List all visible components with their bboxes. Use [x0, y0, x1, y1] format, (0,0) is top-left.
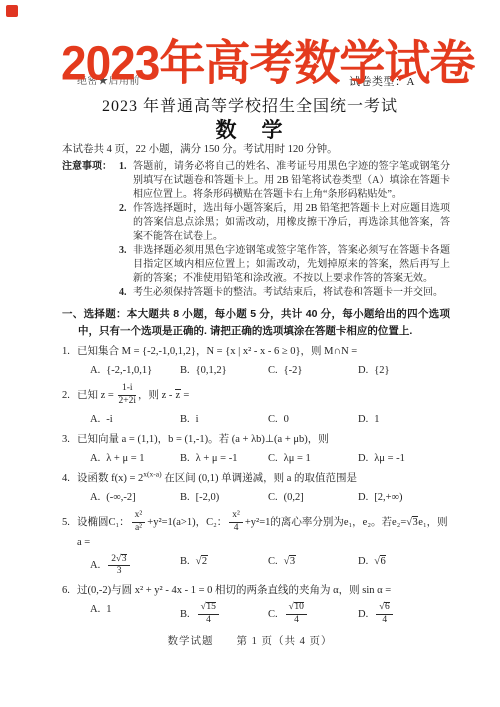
option-content: λ + μ = -1 — [196, 453, 238, 464]
page-footer: 数学试题 第 1 页（共 4 页） — [0, 633, 500, 648]
math-text: 4 — [234, 523, 239, 533]
math-fraction: x²a² — [132, 510, 146, 535]
option: D.√64 — [358, 602, 450, 627]
option-label: D. — [358, 365, 368, 376]
math-text: λμ = 1 — [284, 453, 311, 464]
option-row: A.2√33B.√2C.√3D.√6 — [90, 554, 450, 579]
math-text: 已知 z = — [77, 390, 116, 401]
math-text: {-2} — [284, 365, 303, 376]
paper-body: 本试卷共 4 页，22 小题，满分 150 分。考试用时 120 分钟。 注意事… — [62, 143, 450, 627]
option-label: B. — [180, 492, 190, 503]
fraction-numerator: x² — [229, 510, 243, 523]
math-overline: 6 — [380, 555, 386, 567]
math-text: (0,2] — [284, 492, 304, 503]
fraction-numerator: √6 — [376, 602, 393, 615]
notice-item: 2.作答选择题时，选出每小题答案后，用 2B 铅笔把答题卡上对应题目选项的答案信… — [119, 202, 450, 244]
fraction-denominator: 4 — [198, 615, 220, 627]
math-fraction: x²4 — [229, 510, 243, 535]
paper-meta-line: 本试卷共 4 页，22 小题，满分 150 分。考试用时 120 分钟。 — [62, 143, 450, 157]
option-label: A. — [90, 414, 100, 425]
notice-list: 1.答题前，请务必将自己的姓名、准考证号用黑色字迹的签字笔或钢笔分别填写在试题卷… — [119, 160, 450, 300]
option-content: √104 — [284, 609, 310, 620]
option: D.{2} — [358, 363, 450, 378]
option: B.λ + μ = -1 — [180, 451, 268, 466]
math-overline: 15 — [206, 602, 217, 613]
option-content: (-∞,-2] — [106, 492, 135, 503]
math-text: {-2,-1,0,1} — [106, 365, 152, 376]
option-content: 1 — [374, 414, 379, 425]
option-content: 0 — [284, 414, 289, 425]
math-overline: 6 — [384, 602, 390, 613]
option: A.1 — [90, 602, 180, 627]
option: A.{-2,-1,0,1} — [90, 363, 180, 378]
fraction-denominator: 2+2i — [118, 396, 136, 408]
notice-text: 作答选择题时，选出每小题答案后，用 2B 铅笔把答题卡上对应题目选项的答案信息点… — [133, 202, 450, 244]
question-stem: 设椭圆C₁：x²a²+y²=1(a>1)，C₂：x²4+y²=1的离心率分别为e… — [77, 510, 450, 550]
option-content: √2 — [196, 556, 208, 567]
option-label: C. — [268, 453, 278, 464]
fraction-numerator: √10 — [286, 602, 308, 615]
math-text: +y²=1的离心率分别为e₁，e₂。若e₂= — [245, 517, 406, 528]
corner-badge-icon — [6, 5, 18, 17]
option: A.λ + μ = 1 — [90, 451, 180, 466]
option-label: A. — [90, 560, 100, 571]
option-label: B. — [180, 556, 190, 567]
option-content: λμ = 1 — [284, 453, 311, 464]
math-text: a² — [135, 523, 142, 533]
option-content: √64 — [374, 609, 395, 620]
question-number: 6. — [62, 583, 77, 598]
math-text: +y²=1(a>1)，C₂： — [147, 517, 227, 528]
notice-label: 注意事项： — [62, 160, 112, 174]
exam-page: 绝密★启用前 试卷类型：A 2023年高考数学试卷 2023 年普通高等学校招生… — [0, 0, 500, 707]
option-row: A.-iB.iC.0D.1 — [90, 412, 450, 427]
subject-title: 数 学 — [0, 114, 500, 144]
option-label: D. — [358, 414, 368, 425]
question-stem-row: 6.过(0,-2)与圆 x² + y² - 4x - 1 = 0 相切的两条直线… — [62, 583, 450, 598]
math-overline: 2 — [201, 555, 207, 567]
math-text: 4 — [294, 615, 299, 625]
fraction-numerator: 1-i — [118, 383, 136, 396]
fraction-denominator: a² — [132, 523, 146, 535]
question-stem: 已知集合 M = {-2,-1,0,1,2}，N = {x | x² - x -… — [77, 344, 450, 359]
option-content: 2√33 — [106, 560, 132, 571]
math-text: λμ = -1 — [374, 453, 405, 464]
question-stem: 设函数 f(x) = 2x(x-a) 在区间 (0,1) 单调递减，则 a 的取… — [77, 471, 450, 486]
question-number: 3. — [62, 432, 77, 447]
option-content: {0,1,2} — [196, 365, 227, 376]
option: A.2√33 — [90, 554, 180, 579]
option: C.{-2} — [268, 363, 358, 378]
notice-text: 答题前，请务必将自己的姓名、准考证号用黑色字迹的签字笔或钢笔分别填写在试题卷和答… — [133, 160, 450, 202]
math-text: {0,1,2} — [196, 365, 227, 376]
option-label: C. — [268, 492, 278, 503]
math-text: ，则 z - — [138, 390, 175, 401]
math-text: 2+2i — [118, 396, 136, 406]
option-label: B. — [180, 609, 190, 620]
math-text: {2} — [374, 365, 389, 376]
question-number: 4. — [62, 471, 77, 486]
option-label: C. — [268, 414, 278, 425]
option: D.λμ = -1 — [358, 451, 450, 466]
fraction-denominator: 4 — [229, 523, 243, 535]
math-text: 过(0,-2)与圆 x² + y² - 4x - 1 = 0 相切的两条直线的夹… — [77, 585, 391, 596]
option-label: B. — [180, 365, 190, 376]
question-number: 2. — [62, 388, 77, 403]
option: C.√3 — [268, 554, 358, 579]
math-superscript: x(x-a) — [143, 469, 161, 478]
option-row: A.λ + μ = 1B.λ + μ = -1C.λμ = 1D.λμ = -1 — [90, 451, 450, 466]
math-fraction: 2√33 — [108, 554, 130, 579]
fraction-numerator: √15 — [198, 602, 220, 615]
option-label: A. — [90, 604, 100, 615]
math-text: 4 — [206, 615, 211, 625]
question-item: 6.过(0,-2)与圆 x² + y² - 4x - 1 = 0 相切的两条直线… — [62, 583, 450, 627]
math-text: = — [181, 390, 190, 401]
option: B.i — [180, 412, 268, 427]
option: C.λμ = 1 — [268, 451, 358, 466]
option-content: i — [196, 414, 199, 425]
option-label: D. — [358, 609, 368, 620]
option: B.√2 — [180, 554, 268, 579]
option: A.-i — [90, 412, 180, 427]
fraction-denominator: 4 — [286, 615, 308, 627]
option: B.√154 — [180, 602, 268, 627]
question-stem-row: 1.已知集合 M = {-2,-1,0,1,2}，N = {x | x² - x… — [62, 344, 450, 359]
math-text: 1 — [374, 414, 379, 425]
math-text: (-∞,-2] — [106, 492, 135, 503]
option-row: A.1B.√154C.√104D.√64 — [90, 602, 450, 627]
option-label: A. — [90, 365, 100, 376]
math-text: 已知向量 a = (1,1)，b = (1,-1)。若 (a + λb)⊥(a … — [77, 434, 329, 445]
notice-number: 1. — [119, 160, 133, 202]
math-text: 1-i — [122, 383, 133, 393]
notice-number: 4. — [119, 286, 133, 300]
math-text: [-2,0) — [196, 492, 220, 503]
math-fraction: 1-i2+2i — [118, 383, 136, 408]
option-content: (0,2] — [284, 492, 304, 503]
option-label: D. — [358, 453, 368, 464]
option: A.(-∞,-2] — [90, 490, 180, 505]
math-text: 在区间 (0,1) 单调递减，则 a 的取值范围是 — [162, 473, 357, 484]
notice-text: 考生必须保持答题卡的整洁。考试结束后，将试卷和答题卡一并交回。 — [133, 286, 450, 300]
math-text: λ + μ = 1 — [106, 453, 144, 464]
option: D.[2,+∞) — [358, 490, 450, 505]
notice-block: 注意事项： 1.答题前，请务必将自己的姓名、准考证号用黑色字迹的签字笔或钢笔分别… — [62, 160, 450, 300]
option-content: {-2} — [284, 365, 303, 376]
math-text: x² — [135, 510, 143, 520]
option-content: λ + μ = 1 — [106, 453, 144, 464]
notice-item: 3.非选择题必须用黑色字迹钢笔或签字笔作答，答案必须写在答题卡各题目指定区域内相… — [119, 244, 450, 286]
question-stem-row: 4.设函数 f(x) = 2x(x-a) 在区间 (0,1) 单调递减，则 a … — [62, 471, 450, 486]
math-text: i — [196, 414, 199, 425]
option-content: [2,+∞) — [374, 492, 402, 503]
option-label: A. — [90, 453, 100, 464]
option-content: √154 — [196, 609, 222, 620]
option: C.0 — [268, 412, 358, 427]
math-fraction: √104 — [286, 602, 308, 627]
option-label: D. — [358, 492, 368, 503]
option-label: B. — [180, 453, 190, 464]
exam-title: 2023 年普通高等学校招生全国统一考试 — [0, 93, 500, 116]
question-item: 4.设函数 f(x) = 2x(x-a) 在区间 (0,1) 单调递减，则 a … — [62, 471, 450, 505]
question-stem: 已知向量 a = (1,1)，b = (1,-1)。若 (a + λb)⊥(a … — [77, 432, 450, 447]
fraction-denominator: 3 — [108, 566, 130, 578]
math-text: 已知集合 M = {-2,-1,0,1,2}，N = {x | x² - x -… — [77, 346, 357, 357]
math-overline: 3 — [121, 554, 127, 565]
question-stem: 过(0,-2)与圆 x² + y² - 4x - 1 = 0 相切的两条直线的夹… — [77, 583, 450, 598]
option-label: D. — [358, 556, 368, 567]
fraction-numerator: 2√3 — [108, 554, 130, 567]
math-text: 4 — [382, 615, 387, 625]
question-item: 5.设椭圆C₁：x²a²+y²=1(a>1)，C₂：x²4+y²=1的离心率分别… — [62, 510, 450, 579]
fraction-denominator: 4 — [376, 615, 393, 627]
math-fraction: √64 — [376, 602, 393, 627]
option: C.√104 — [268, 602, 358, 627]
math-text: 设椭圆C₁： — [77, 517, 130, 528]
question-stem-row: 2.已知 z = 1-i2+2i，则 z - z = — [62, 383, 450, 408]
math-text: 2√ — [111, 554, 121, 564]
notice-number: 2. — [119, 202, 133, 244]
question-item: 2.已知 z = 1-i2+2i，则 z - z =A.-iB.iC.0D.1 — [62, 383, 450, 427]
math-fraction: √154 — [198, 602, 220, 627]
math-text: 1 — [106, 604, 111, 615]
option: D.√6 — [358, 554, 450, 579]
option-label: C. — [268, 556, 278, 567]
option-label: A. — [90, 492, 100, 503]
math-overline: 3 — [289, 555, 295, 567]
math-text: 设函数 f(x) = 2 — [77, 473, 143, 484]
option: C.(0,2] — [268, 490, 358, 505]
notice-text: 非选择题必须用黑色字迹钢笔或签字笔作答，答案必须写在答题卡各题目指定区域内相应位… — [133, 244, 450, 286]
fraction-numerator: x² — [132, 510, 146, 523]
option-content: [-2,0) — [196, 492, 220, 503]
option-row: A.{-2,-1,0,1}B.{0,1,2}C.{-2}D.{2} — [90, 363, 450, 378]
option-label: C. — [268, 609, 278, 620]
math-text: λ + μ = -1 — [196, 453, 238, 464]
option-content: {-2,-1,0,1} — [106, 365, 152, 376]
question-stem: 已知 z = 1-i2+2i，则 z - z = — [77, 383, 450, 408]
section-heading: 一、选择题：本大题共 8 小题，每小题 5 分，共计 40 分，每小题给出的四个… — [62, 306, 450, 339]
question-stem-row: 5.设椭圆C₁：x²a²+y²=1(a>1)，C₂：x²4+y²=1的离心率分别… — [62, 510, 450, 550]
option-content: {2} — [374, 365, 389, 376]
option-row: A.(-∞,-2]B.[-2,0)C.(0,2]D.[2,+∞) — [90, 490, 450, 505]
math-overline: 10 — [294, 602, 305, 613]
question-list: 1.已知集合 M = {-2,-1,0,1,2}，N = {x | x² - x… — [62, 344, 450, 627]
overlay-title: 2023年高考数学试卷 — [61, 39, 474, 87]
option-content: √3 — [284, 556, 296, 567]
option: B.[-2,0) — [180, 490, 268, 505]
math-text: -i — [106, 414, 112, 425]
question-item: 3.已知向量 a = (1,1)，b = (1,-1)。若 (a + λb)⊥(… — [62, 432, 450, 466]
math-text: [2,+∞) — [374, 492, 402, 503]
question-number: 1. — [62, 344, 77, 359]
question-item: 1.已知集合 M = {-2,-1,0,1,2}，N = {x | x² - x… — [62, 344, 450, 378]
option: D.1 — [358, 412, 450, 427]
option-content: 1 — [106, 604, 111, 615]
option-label: B. — [180, 414, 190, 425]
option-content: λμ = -1 — [374, 453, 405, 464]
notice-number: 3. — [119, 244, 133, 286]
option-label: C. — [268, 365, 278, 376]
option-content: √6 — [374, 556, 386, 567]
math-text: 0 — [284, 414, 289, 425]
option-content: -i — [106, 414, 112, 425]
notice-item: 4.考生必须保持答题卡的整洁。考试结束后，将试卷和答题卡一并交回。 — [119, 286, 450, 300]
question-number: 5. — [62, 515, 77, 530]
notice-item: 1.答题前，请务必将自己的姓名、准考证号用黑色字迹的签字笔或钢笔分别填写在试题卷… — [119, 160, 450, 202]
question-stem-row: 3.已知向量 a = (1,1)，b = (1,-1)。若 (a + λb)⊥(… — [62, 432, 450, 447]
math-text: 3 — [117, 566, 122, 576]
math-text: x² — [232, 510, 240, 520]
option: B.{0,1,2} — [180, 363, 268, 378]
